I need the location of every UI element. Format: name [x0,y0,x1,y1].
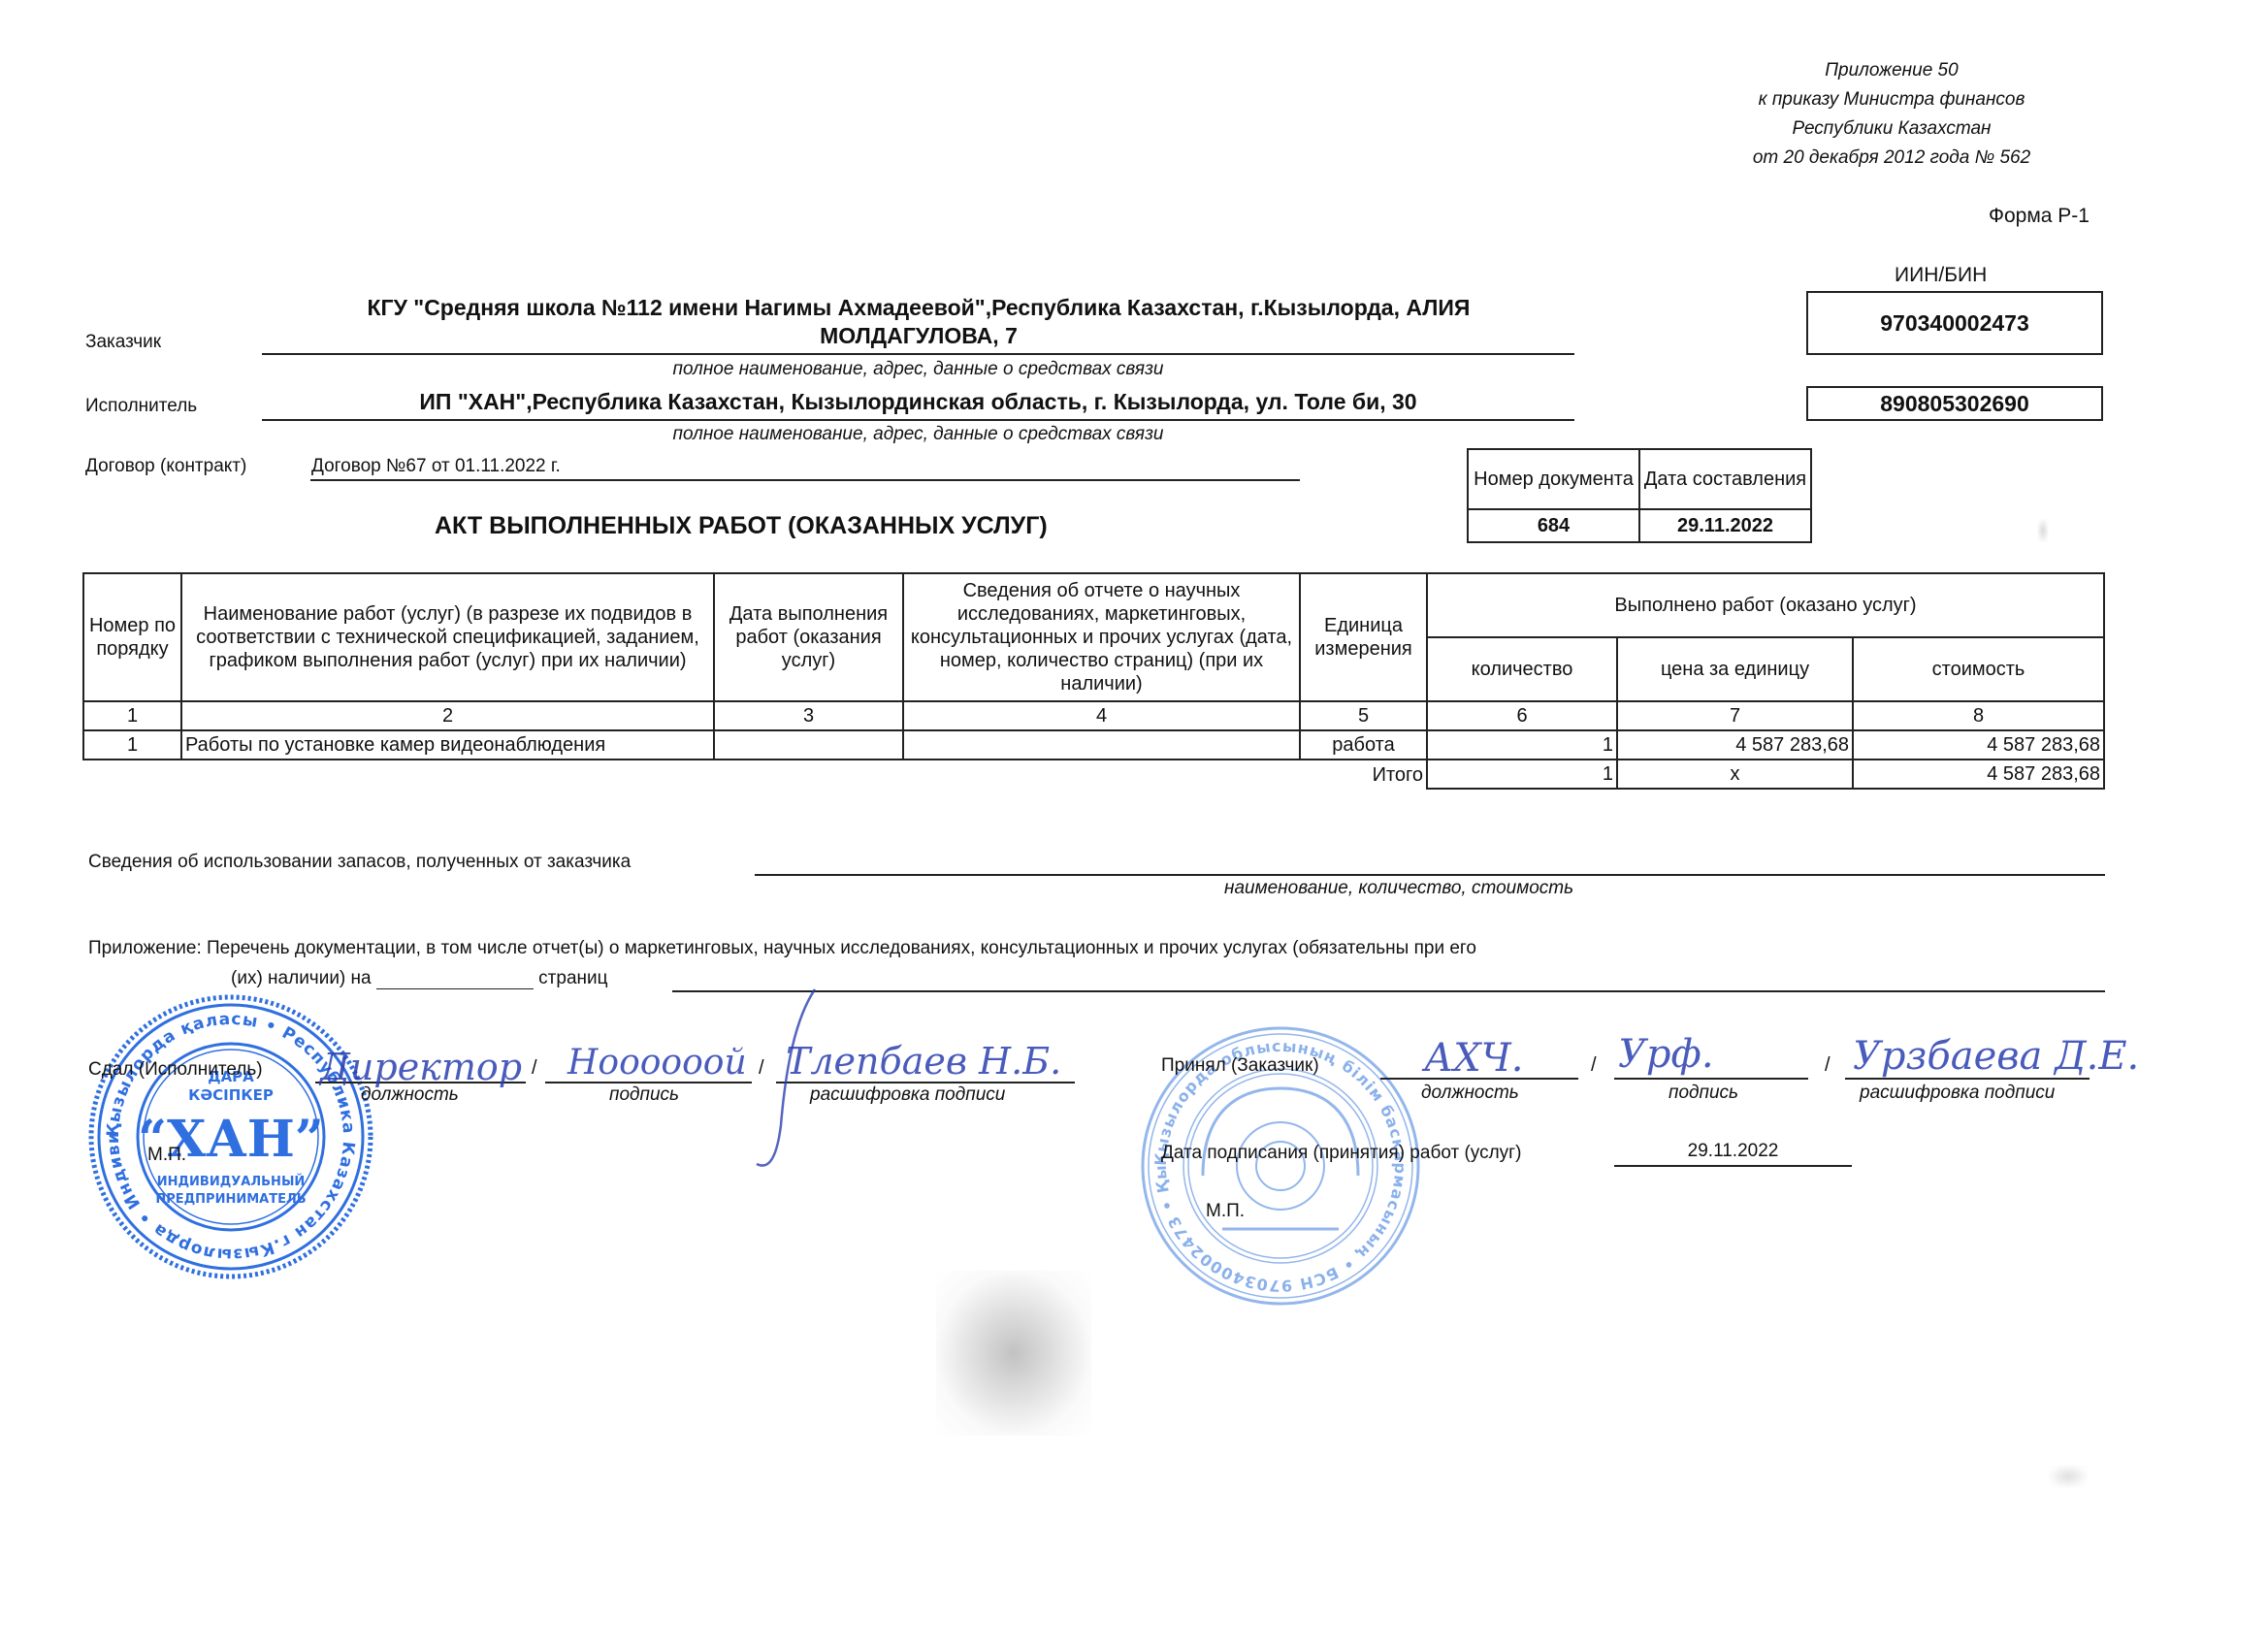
row-name: Работы по установке камер видеонаблюдени… [181,730,714,760]
pages-field [376,971,534,989]
header-qty: количество [1427,637,1617,701]
acceptance-date-value: 29.11.2022 [1614,1141,1852,1162]
total-label: Итого [1300,760,1427,789]
header-done-group: Выполнено работ (оказано услуг) [1427,573,2104,637]
col-number: 1 [83,701,181,730]
acceptance-date-line [1614,1165,1852,1167]
table-row: 1 Работы по установке камер видеонаблюде… [83,730,2104,760]
customer-signature-line [1614,1078,1808,1080]
executor-signature-handwritten: Ноооооой [567,1043,747,1083]
appendix-note: Приложение 50 к приказу Министра финансо… [1707,56,2076,173]
scan-mark [2037,519,2049,542]
total-row: Итого 1 х 4 587 283,68 [83,760,2104,789]
executor-iin: 890805302690 [1806,386,2103,421]
row-unit: работа [1300,730,1427,760]
slash-3: / [1591,1054,1597,1077]
header-name: Наименование работ (услуг) (в разрезе их… [181,573,714,701]
executor-name: ИП "ХАН",Республика Казахстан, Кызылорди… [262,389,1574,415]
customer-position-hint: должность [1421,1083,1519,1104]
scan-smudge [936,1271,1091,1436]
contract-label: Договор (контракт) [85,456,246,477]
signature-stroke [747,980,863,1174]
scan-mark [2049,1465,2088,1488]
customer-decode-handwritten: Урзбаева Д.Е. [1853,1034,2139,1079]
customer-name: КГУ "Средняя школа №112 имени Нагимы Ахм… [264,294,1573,350]
document-title: АКТ ВЫПОЛНЕННЫХ РАБОТ (ОКАЗАННЫХ УСЛУГ) [435,512,1048,540]
row-report [903,730,1300,760]
customer-signature-hint: подпись [1669,1083,1738,1104]
slash-1: / [532,1057,537,1080]
header-report: Сведения об отчете о научных исследовани… [903,573,1300,701]
row-cost: 4 587 283,68 [1853,730,2104,760]
form-code: Форма Р-1 [1989,205,2090,228]
executor-hint: полное наименование, адрес, данные о сре… [262,424,1574,445]
col-number: 6 [1427,701,1617,730]
svg-text:КӘСІПКЕР: КӘСІПКЕР [188,1086,274,1104]
iin-bin-label: ИИН/БИН [1895,264,1987,287]
slash-4: / [1825,1054,1831,1077]
col-number: 3 [714,701,903,730]
col-number: 2 [181,701,714,730]
doc-date-label: Дата составления [1639,449,1811,509]
handed-over-label: Сдал (Исполнитель) [88,1059,263,1081]
supplies-label: Сведения об использовании запасов, получ… [88,852,631,873]
customer-bin: 970340002473 [1806,291,2103,355]
executor-label: Исполнитель [85,396,197,417]
col-number: 5 [1300,701,1427,730]
executor-stamp: Қызылорда қаласы • Республика Казахстан … [85,991,376,1282]
row-num: 1 [83,730,181,760]
supplies-underline [755,874,2105,876]
customer-label: Заказчик [85,332,161,353]
col-number: 4 [903,701,1300,730]
customer-mp: М.П. [1206,1201,1245,1222]
customer-underline [262,353,1574,355]
column-numbers-row: 1 2 3 4 5 6 7 8 [83,701,2104,730]
customer-hint: полное наименование, адрес, данные о сре… [262,359,1574,380]
executor-mp: М.П. [147,1145,186,1166]
header-date: Дата выполнения работ (оказания услуг) [714,573,903,701]
doc-date: 29.11.2022 [1639,509,1811,542]
doc-number-label: Номер документа [1468,449,1639,509]
total-cost: 4 587 283,68 [1853,760,2104,789]
total-qty: 1 [1427,760,1617,789]
customer-decode-hint: расшифровка подписи [1860,1083,2055,1104]
accepted-label: Принял (Заказчик) [1161,1055,1319,1077]
row-price: 4 587 283,68 [1617,730,1853,760]
attachment-line1: Приложение: Перечень документации, в том… [88,938,1476,959]
document-info-table: Номер документа Дата составления 684 29.… [1467,448,1812,543]
customer-signature-handwritten: Урф. [1618,1032,1714,1077]
attachment-underline [672,990,2105,992]
supplies-hint: наименование, количество, стоимость [1224,878,1573,899]
header-cost: стоимость [1853,637,2104,701]
header-num: Номер по порядку [83,573,181,701]
attachment-line2: (их) наличии) на страниц [231,968,608,989]
header-unit: Единица измерения [1300,573,1427,701]
contract-value: Договор №67 от 01.11.2022 г. [311,456,561,477]
svg-text:ПРЕДПРИНИМАТЕЛЬ: ПРЕДПРИНИМАТЕЛЬ [155,1192,306,1207]
header-price: цена за единицу [1617,637,1853,701]
works-table: Номер по порядку Наименование работ (усл… [82,572,2105,790]
executor-position-handwritten: Директор [320,1046,522,1088]
row-qty: 1 [1427,730,1617,760]
executor-signature-hint: подпись [609,1084,679,1106]
contract-underline [310,479,1300,481]
doc-number: 684 [1468,509,1639,542]
acceptance-date-label: Дата подписания (принятия) работ (услуг) [1161,1143,1521,1164]
col-number: 7 [1617,701,1853,730]
total-price: х [1617,760,1853,789]
customer-position-handwritten: АХЧ. [1424,1036,1523,1081]
col-number: 8 [1853,701,2104,730]
executor-underline [262,419,1574,421]
row-date [714,730,903,760]
svg-text:ИНДИВИДУАЛЬНЫЙ: ИНДИВИДУАЛЬНЫЙ [157,1174,306,1189]
